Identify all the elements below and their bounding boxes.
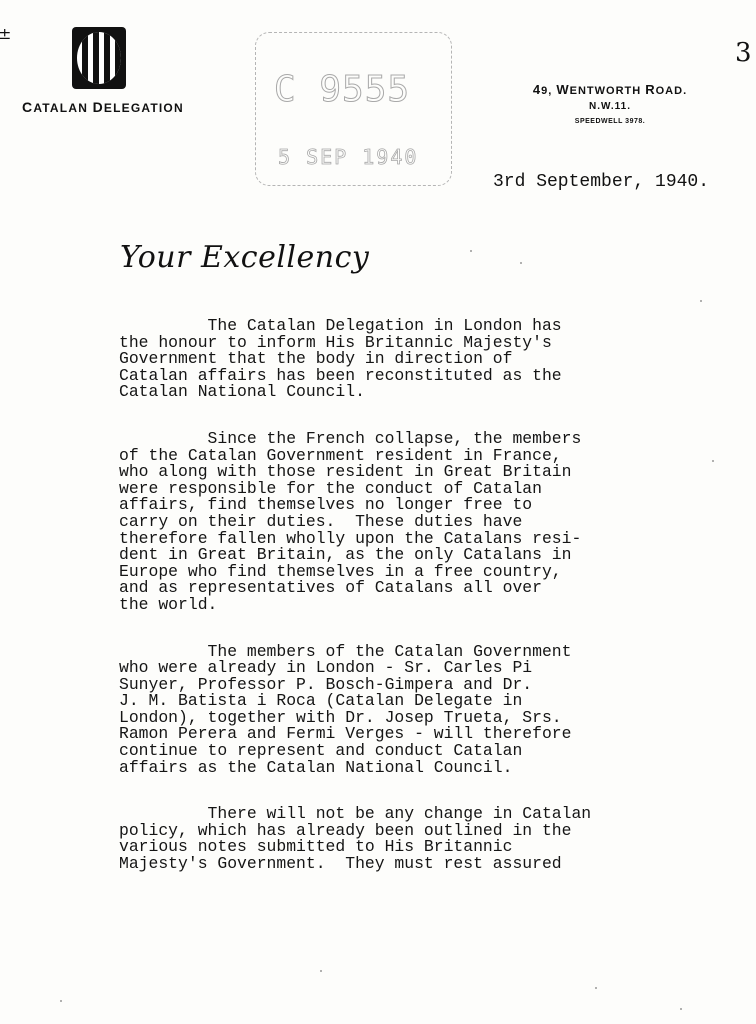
letter-body: The Catalan Delegation in London hasthe … xyxy=(119,318,679,903)
stamp-reference-number: C 9555 xyxy=(274,69,410,110)
body-paragraph: There will not be any change in Catalanp… xyxy=(119,806,679,872)
catalan-coat-of-arms-icon xyxy=(72,27,126,89)
body-line: Catalan National Council. xyxy=(119,384,679,401)
letterhead-address: 49, WENTWORTH ROAD. N.W.11. SPEEDWELL 39… xyxy=(505,82,715,125)
body-line: the world. xyxy=(119,597,679,614)
received-stamp: C 9555 5 SEP 1940 xyxy=(255,32,452,186)
body-paragraph: The members of the Catalan Governmentwho… xyxy=(119,644,679,777)
body-line: Majesty's Government. They must rest ass… xyxy=(119,856,679,873)
telephone-number: SPEEDWELL 3978. xyxy=(505,118,715,125)
organization-name: CATALAN DELEGATION xyxy=(22,99,184,115)
stamp-received-date: 5 SEP 1940 xyxy=(278,145,418,169)
margin-mark: ± xyxy=(0,24,11,43)
organization-name-text: CATALAN DELEGATION xyxy=(22,101,184,115)
address-district: N.W.11. xyxy=(505,101,715,112)
body-paragraph: The Catalan Delegation in London hasthe … xyxy=(119,318,679,401)
handwritten-salutation: Your Excellency xyxy=(120,240,369,275)
address-street: 49, WENTWORTH ROAD. xyxy=(505,82,715,97)
body-line: affairs as the Catalan National Council. xyxy=(119,760,679,777)
letter-date: 3rd September, 1940. xyxy=(493,172,709,192)
folio-number: 3 xyxy=(735,38,752,68)
body-paragraph: Since the French collapse, the membersof… xyxy=(119,431,679,614)
